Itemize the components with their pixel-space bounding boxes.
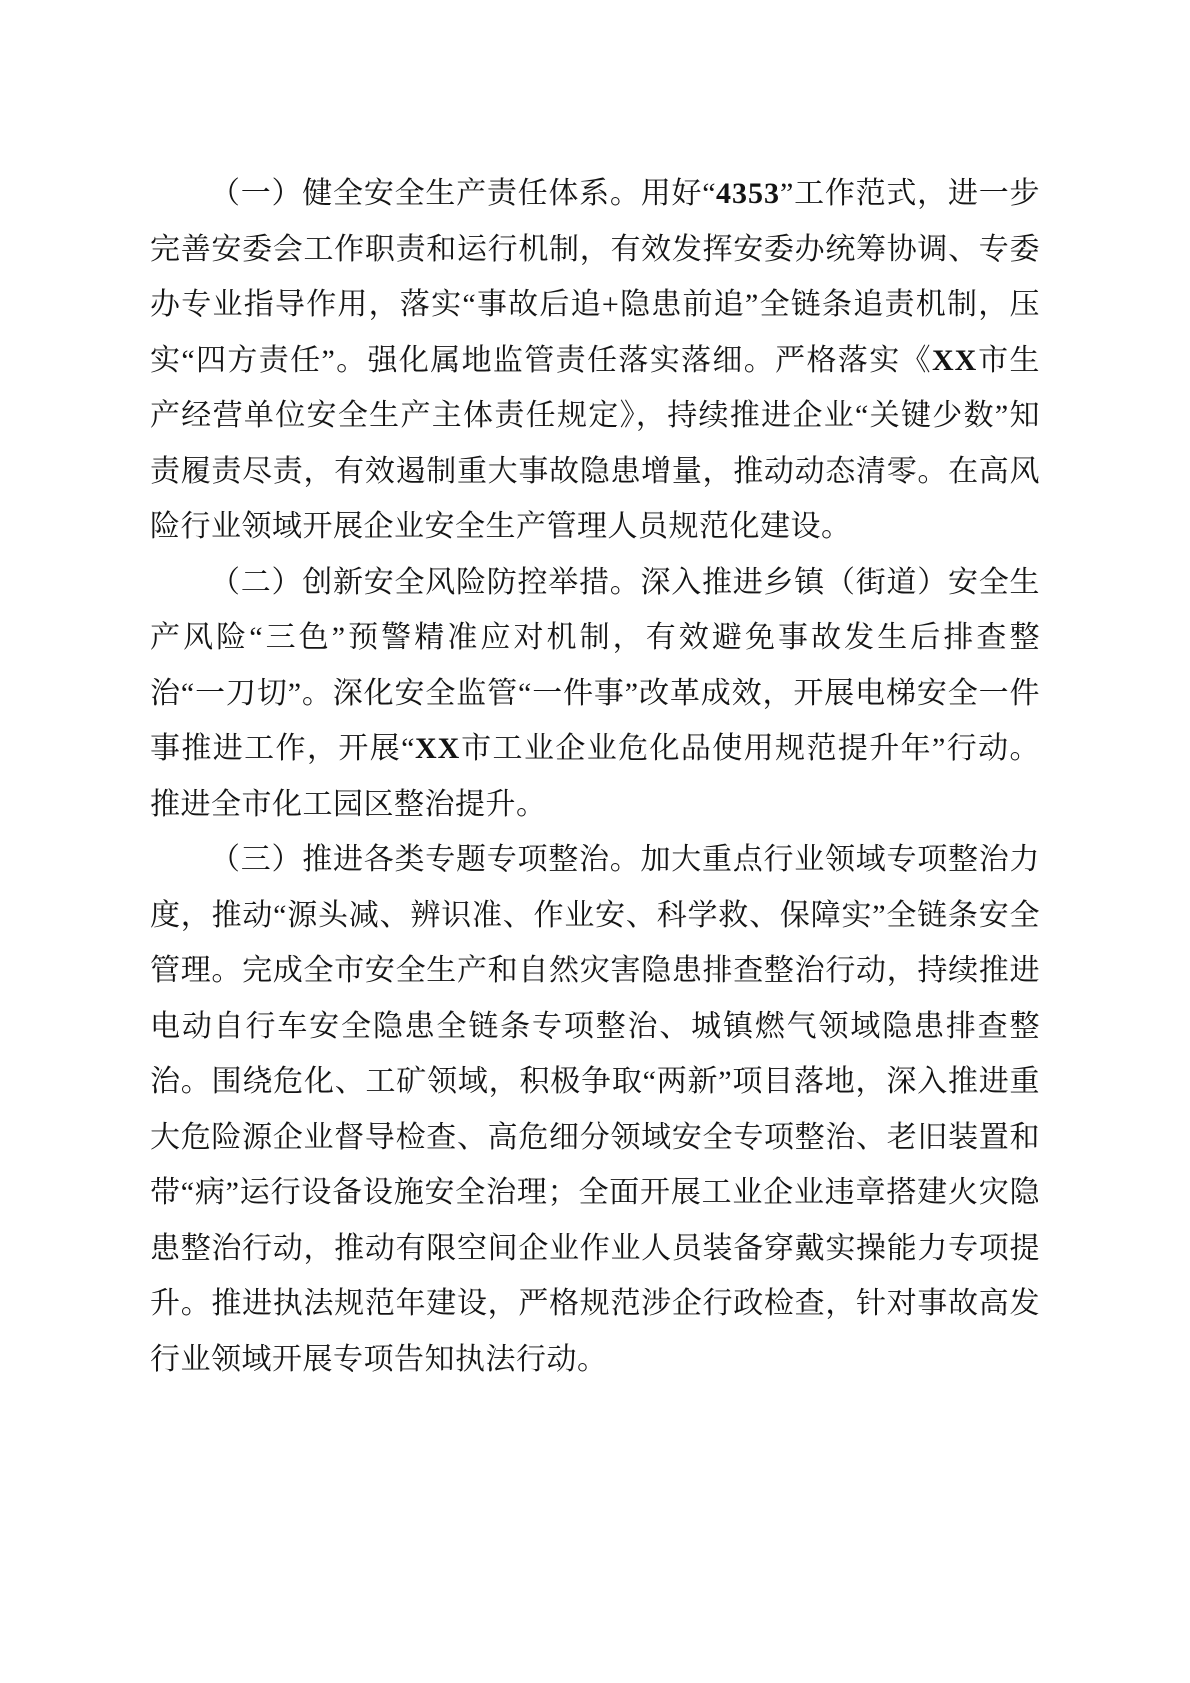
- latin-text: XX: [415, 732, 460, 765]
- cjk-text: （一）健全安全生产责任体系。用好“: [210, 177, 716, 210]
- latin-text: 4353: [716, 177, 780, 210]
- document-body: （一）健全安全生产责任体系。用好“4353”工作范式，进一步完善安委会工作职责和…: [150, 166, 1040, 1387]
- cjk-text: （三）推进各类专题专项整治。加大重点行业领域专项整治力度，推动“源头减、辨识准、…: [150, 843, 1040, 1376]
- paragraphs: （一）健全安全生产责任体系。用好“4353”工作范式，进一步完善安委会工作职责和…: [150, 166, 1040, 1387]
- latin-text: XX: [932, 344, 977, 377]
- paragraph: （三）推进各类专题专项整治。加大重点行业领域专项整治力度，推动“源头减、辨识准、…: [150, 832, 1040, 1387]
- paragraph: （二）创新安全风险防控举措。深入推进乡镇（街道）安全生产风险“三色”预警精准应对…: [150, 555, 1040, 833]
- document-page: （一）健全安全生产责任体系。用好“4353”工作范式，进一步完善安委会工作职责和…: [0, 0, 1190, 1683]
- paragraph: （一）健全安全生产责任体系。用好“4353”工作范式，进一步完善安委会工作职责和…: [150, 166, 1040, 555]
